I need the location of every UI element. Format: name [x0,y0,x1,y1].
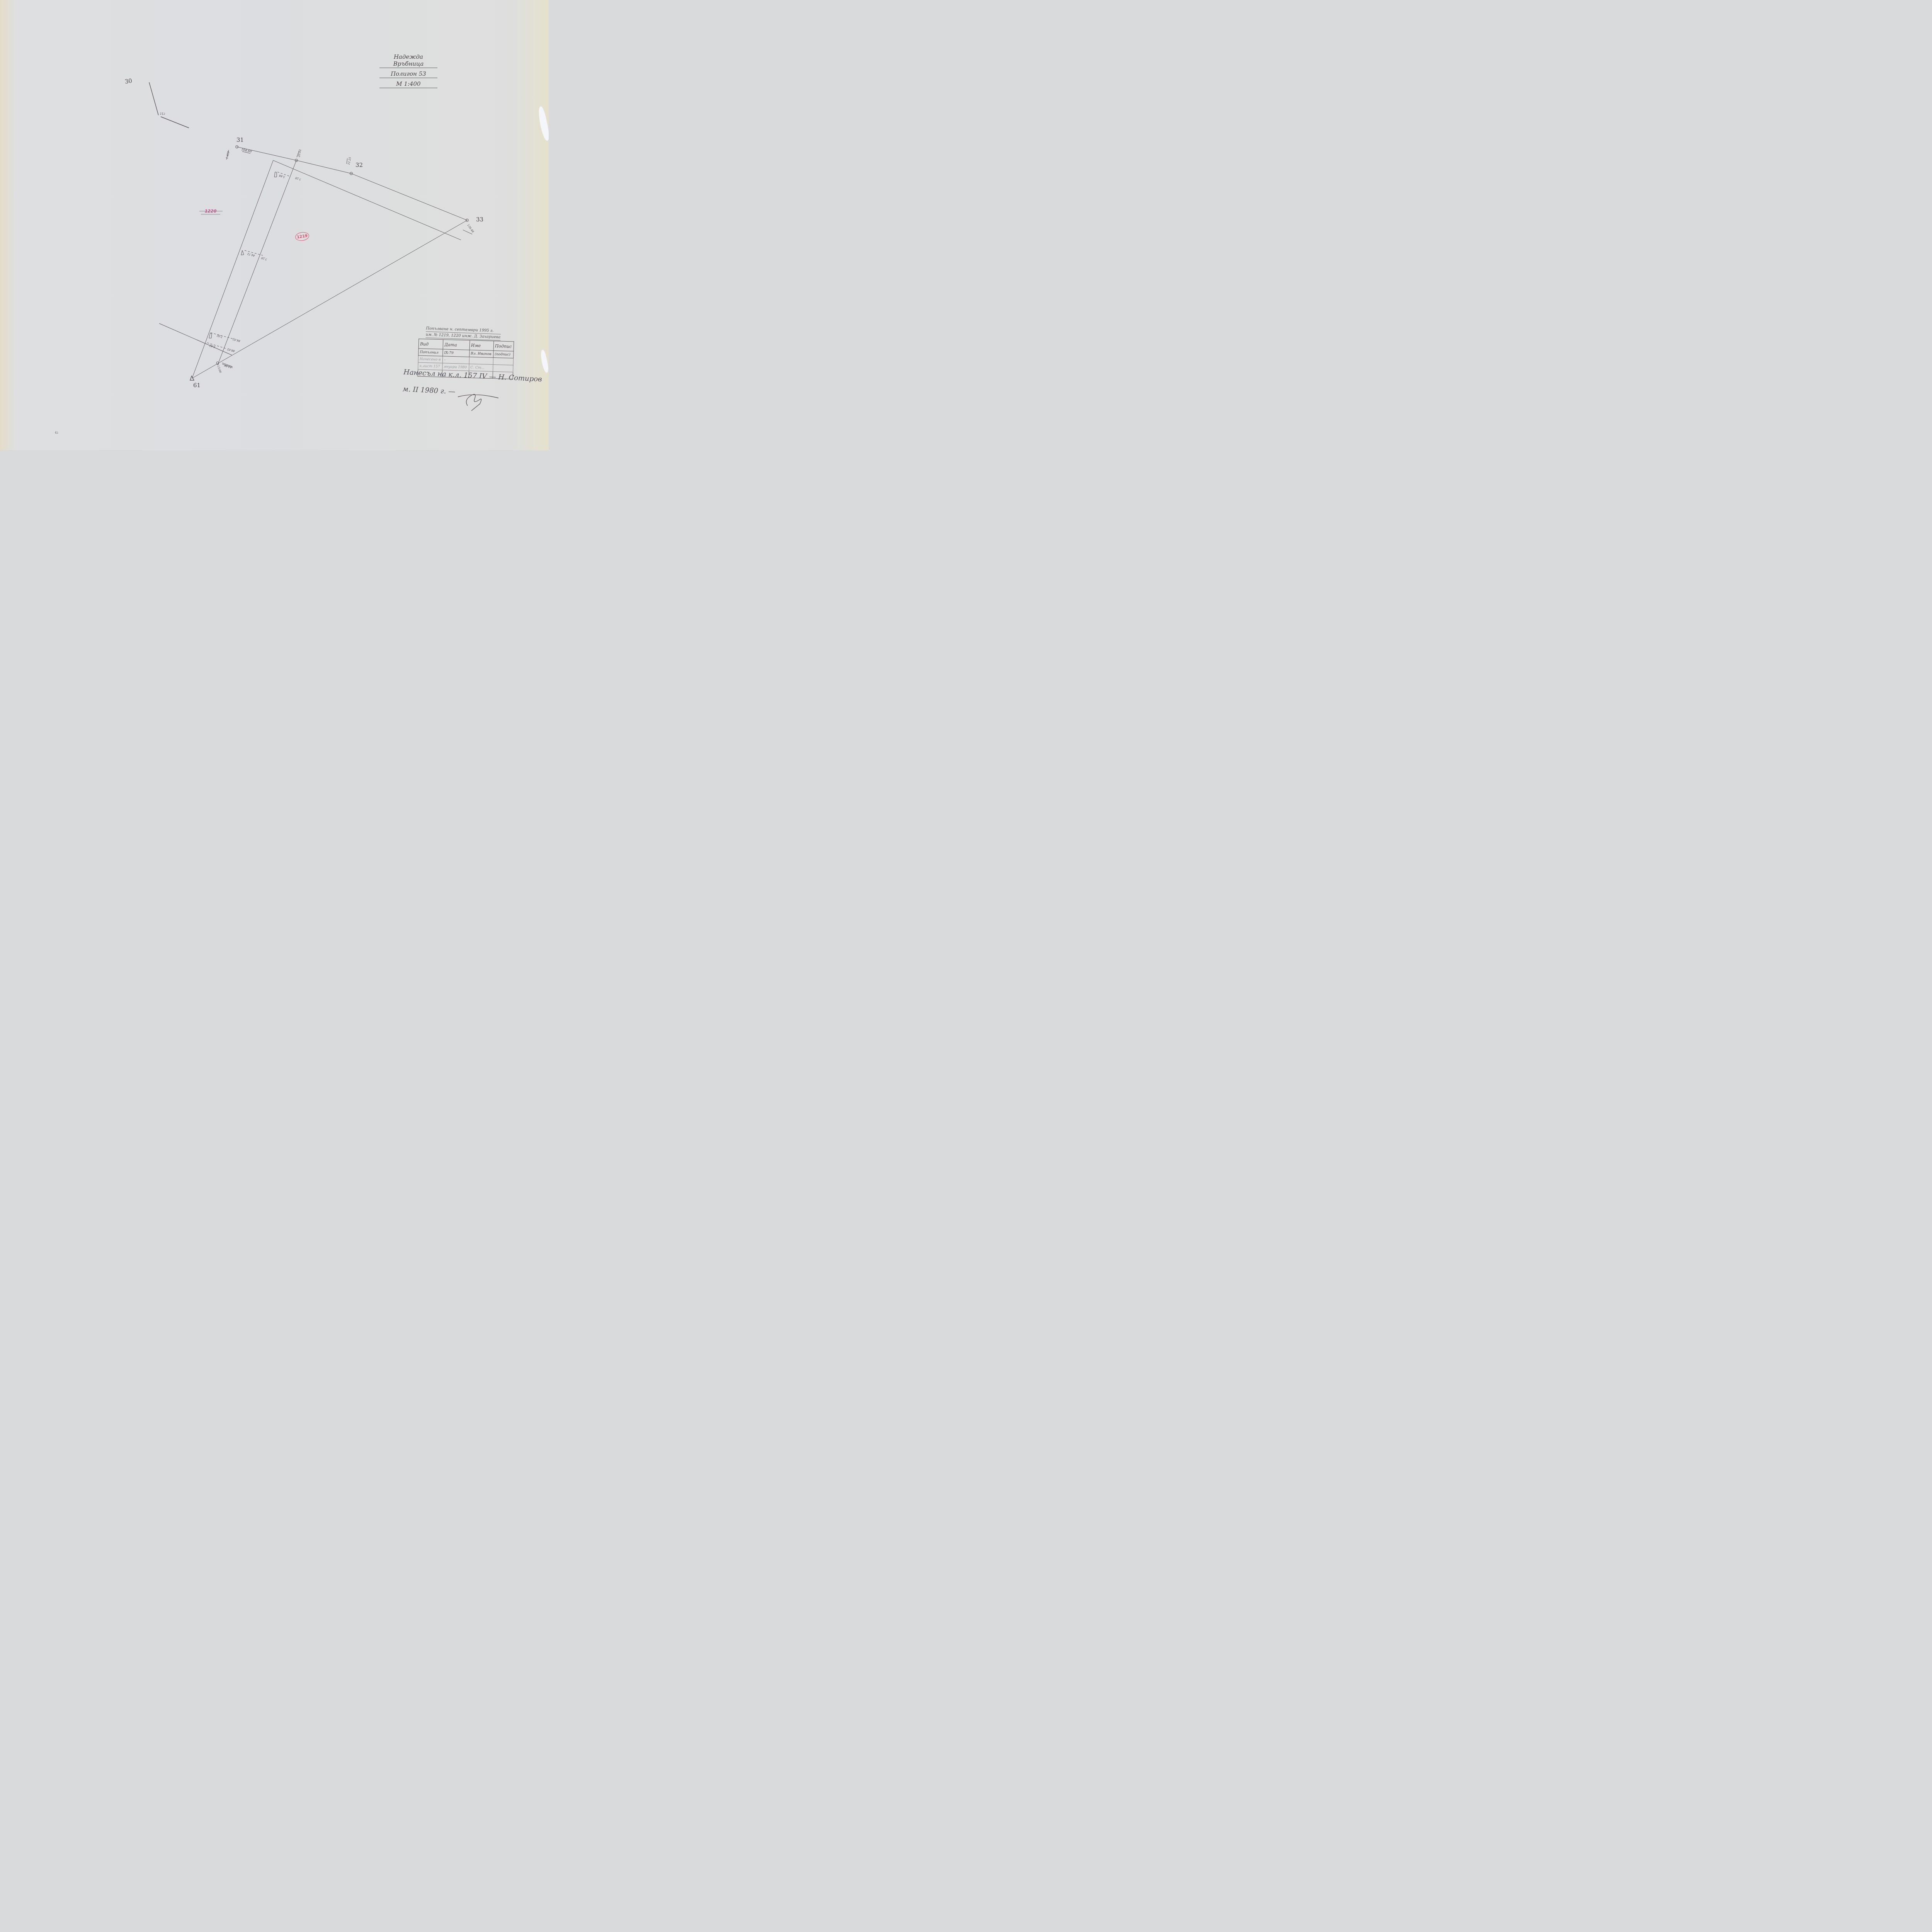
header-signature: Подпис [493,341,514,351]
cell-name: Вл. Иванов [469,350,493,358]
header-date: Дата [443,340,469,350]
cell-type: Попълнил [418,349,443,356]
cell-signature [493,364,514,372]
cell-type: Нанесено в [418,355,443,363]
cell-date: януари 1980 [442,363,469,371]
parcel-boundary-left [192,160,273,378]
cell-date: IX-79 [443,349,469,357]
station-label-31: 31 [236,137,244,143]
cell-name: С. Ст... [469,364,493,372]
crossing-line [159,323,232,355]
title-polygon: Полигон 53 [379,70,437,78]
angle-point-label: 112 [160,113,165,116]
fragment-line-b [161,117,189,128]
building-symbol-3 [209,333,212,338]
title-block: Надежда Връбница Полигон 53 М 1:400 [379,53,437,90]
traverse-line-to-32 [296,160,351,173]
traverse-line-32-33 [351,173,467,220]
cell-signature [493,357,514,365]
parcel-boundary-top [273,160,461,240]
building-symbol-1 [274,172,277,177]
station-label-61: 61 [193,383,201,388]
record-heading: Попълване н. септември 1995 г. им. № 121… [426,326,501,341]
building-symbol-2 [241,250,244,255]
station-label-33: 33 [476,217,483,223]
parcel-number-1220: 1220 [201,209,220,214]
title-locality: Надежда Връбница [379,53,437,68]
title-scale: М 1:400 [379,80,437,88]
header-name: Име [469,340,494,351]
cell-date: – [442,356,469,364]
cell-signature: (подпис) [493,350,514,358]
fragment-line-a [149,82,158,115]
parcel-boundary-inner [218,160,296,365]
corner-mark: 42 [55,431,58,434]
station-label-30: 30 [124,78,133,85]
survey-sheet: Надежда Връбница Полигон 53 М 1:400 30 3… [0,0,549,450]
cell-name [469,357,493,365]
station-label-32: 32 [355,162,363,168]
signature-scribble [456,388,502,412]
header-type: Вид [418,339,443,349]
